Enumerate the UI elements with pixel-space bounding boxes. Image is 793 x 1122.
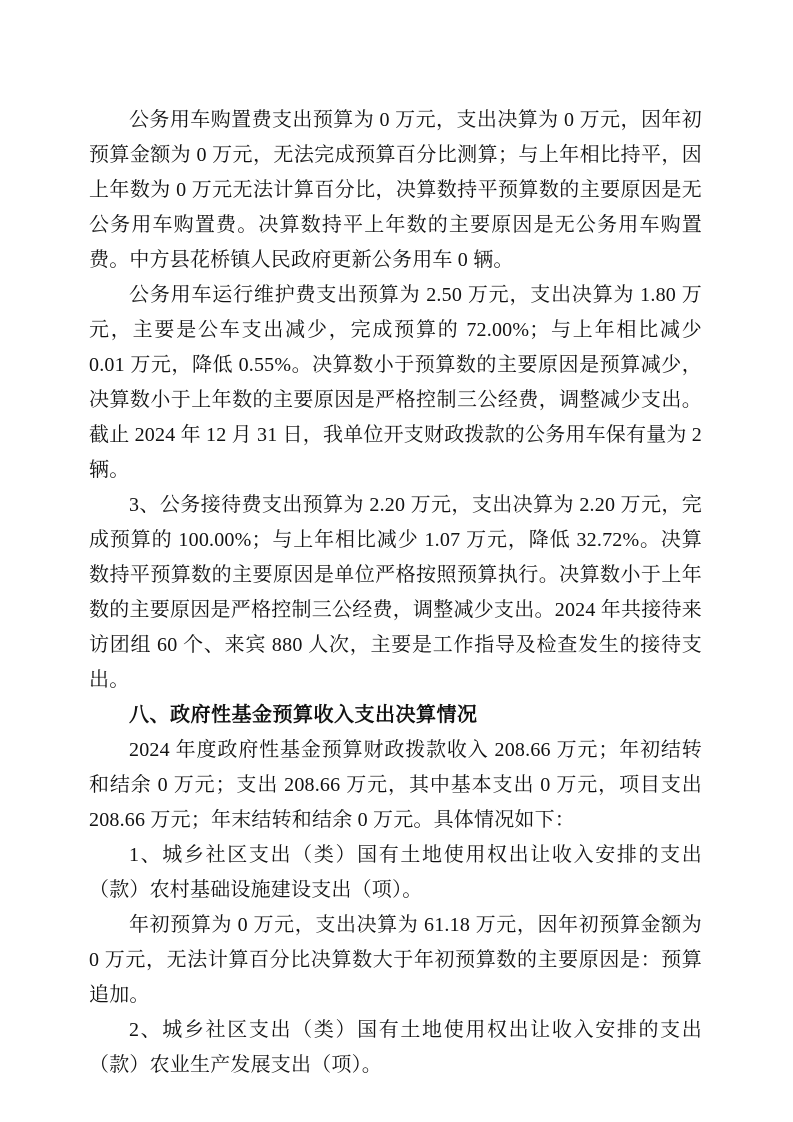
paragraph-vehicle-purchase-expense: 公务用车购置费支出预算为 0 万元，支出决算为 0 万元，因年初预算金额为 0 … [89,103,702,278]
paragraph-official-reception-expense: 3、公务接待费支出预算为 2.20 万元，支出决算为 2.20 万元，完成预算的… [89,488,702,698]
paragraph-item-1-rural-infrastructure: 1、城乡社区支出（类）国有土地使用权出让收入安排的支出（款）农村基础设施建设支出… [89,838,702,908]
section-heading-government-fund-budget: 八、政府性基金预算收入支出决算情况 [89,698,702,733]
document-page: 公务用车购置费支出预算为 0 万元，支出决算为 0 万元，因年初预算金额为 0 … [0,0,793,1122]
paragraph-item-2-agricultural-development: 2、城乡社区支出（类）国有土地使用权出让收入安排的支出（款）农业生产发展支出（项… [89,1013,702,1083]
document-body: 公务用车购置费支出预算为 0 万元，支出决算为 0 万元，因年初预算金额为 0 … [89,103,702,1083]
paragraph-vehicle-maintenance-expense: 公务用车运行维护费支出预算为 2.50 万元，支出决算为 1.80 万元，主要是… [89,278,702,488]
paragraph-fund-budget-overview: 2024 年度政府性基金预算财政拨款收入 208.66 万元；年初结转和结余 0… [89,733,702,838]
paragraph-item-1-detail: 年初预算为 0 万元，支出决算为 61.18 万元，因年初预算金额为 0 万元，… [89,908,702,1013]
